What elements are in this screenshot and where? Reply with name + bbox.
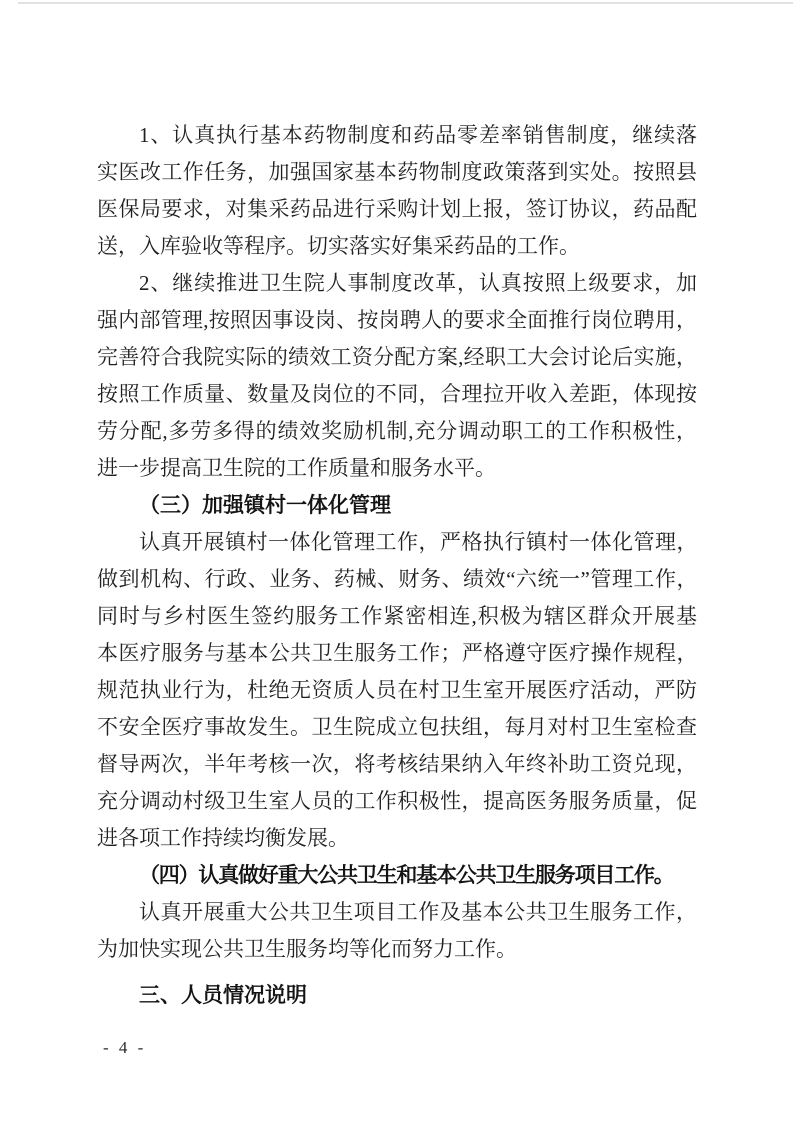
para-public-health: 认真开展重大公共卫生项目工作及基本公共卫生服务工作，为加快实现公共卫生服务均等化… bbox=[97, 894, 697, 968]
text-line: 三、人员情况说明 bbox=[97, 977, 697, 1014]
text-line: 强内部管理,按照因事设岗、按岗聘人的要求全面推行岗位聘用， bbox=[97, 302, 697, 339]
text-line: 认真开展重大公共卫生项目工作及基本公共卫生服务工作， bbox=[97, 894, 697, 931]
text-line: 送，入库验收等程序。切实落实好集采药品的工作。 bbox=[97, 228, 697, 265]
para-town-village-integration: 认真开展镇村一体化管理工作，严格执行镇村一体化管理，做到机构、行政、业务、药械、… bbox=[97, 524, 697, 857]
text-line: 按照工作质量、数量及岗位的不同，合理拉开收入差距，体现按 bbox=[97, 376, 697, 413]
para-drug-system: 1、认真执行基本药物制度和药品零差率销售制度，继续落实医改工作任务，加强国家基本… bbox=[97, 117, 697, 265]
text-line: 不安全医疗事故发生。卫生院成立包扶组，每月对村卫生室检查 bbox=[97, 709, 697, 746]
document-page: 1、认真执行基本药物制度和药品零差率销售制度，继续落实医改工作任务，加强国家基本… bbox=[0, 0, 793, 1122]
text-line: 2、继续推进卫生院人事制度改革，认真按照上级要求，加 bbox=[97, 265, 697, 302]
text-line: 认真开展镇村一体化管理工作，严格执行镇村一体化管理， bbox=[97, 524, 697, 561]
heading-section-4: （四）认真做好重大公共卫生和基本公共卫生服务项目工作。 bbox=[97, 857, 697, 894]
text-line: 本医疗服务与基本公共卫生服务工作；严格遵守医疗操作规程， bbox=[97, 635, 697, 672]
text-line: 做到机构、行政、业务、药械、财务、绩效“六统一”管理工作， bbox=[97, 561, 697, 598]
text-line: 1、认真执行基本药物制度和药品零差率销售制度，继续落 bbox=[97, 117, 697, 154]
text-line: （四）认真做好重大公共卫生和基本公共卫生服务项目工作。 bbox=[97, 857, 697, 894]
text-line: 进各项工作持续均衡发展。 bbox=[97, 820, 697, 857]
heading-section-3: （三）加强镇村一体化管理 bbox=[97, 487, 697, 524]
text-line: 充分调动村级卫生室人员的工作积极性，提高医务服务质量，促 bbox=[97, 783, 697, 820]
para-personnel-reform: 2、继续推进卫生院人事制度改革，认真按照上级要求，加强内部管理,按照因事设岗、按… bbox=[97, 265, 697, 487]
document-body: 1、认真执行基本药物制度和药品零差率销售制度，继续落实医改工作任务，加强国家基本… bbox=[97, 117, 697, 1014]
text-line: 为加快实现公共卫生服务均等化而努力工作。 bbox=[97, 931, 697, 968]
text-line: 同时与乡村医生签约服务工作紧密相连,积极为辖区群众开展基 bbox=[97, 598, 697, 635]
text-line: （三）加强镇村一体化管理 bbox=[97, 487, 697, 524]
heading-section-personnel: 三、人员情况说明 bbox=[97, 977, 697, 1014]
text-line: 进一步提高卫生院的工作质量和服务水平。 bbox=[97, 450, 697, 487]
text-line: 医保局要求，对集采药品进行采购计划上报，签订协议，药品配 bbox=[97, 191, 697, 228]
text-line: 督导两次，半年考核一次，将考核结果纳入年终补助工资兑现， bbox=[97, 746, 697, 783]
scan-edge-artifact bbox=[18, 2, 793, 4]
text-line: 完善符合我院实际的绩效工资分配方案,经职工大会讨论后实施， bbox=[97, 339, 697, 376]
text-line: 规范执业行为，杜绝无资质人员在村卫生室开展医疗活动，严防 bbox=[97, 672, 697, 709]
text-line: 劳分配,多劳多得的绩效奖励机制,充分调动职工的工作积极性， bbox=[97, 413, 697, 450]
page-number: - 4 - bbox=[103, 1038, 146, 1058]
text-line: 实医改工作任务，加强国家基本药物制度政策落到实处。按照县 bbox=[97, 154, 697, 191]
